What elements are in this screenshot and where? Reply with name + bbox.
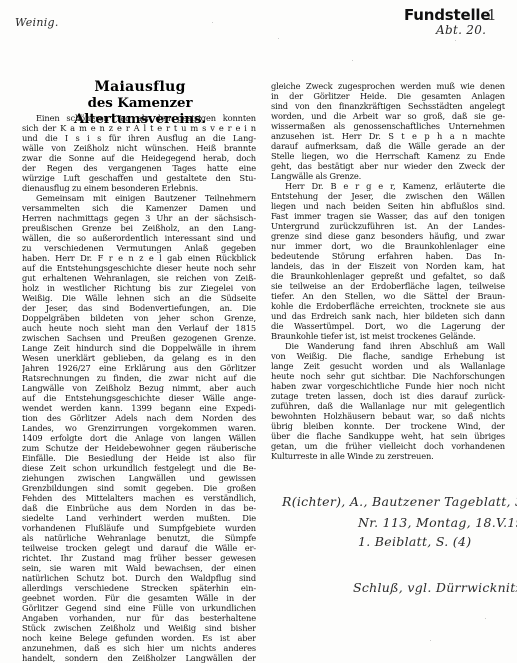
article-line: Stück zwischen Zeißholz und Weißig sind …	[22, 623, 256, 633]
article-line: gut erhaltenen Wehranlagen, sie reichen …	[22, 273, 256, 283]
citation-issue: Nr. 113, Montag, 18.V.1931	[358, 515, 517, 530]
article-line: getan, um die früher vielleicht doch vor…	[271, 441, 505, 451]
article-title: Maiausflug	[20, 79, 260, 95]
article-line: dienausflug zu einem besonderen Erlebnis…	[22, 183, 256, 193]
article-line: Entstehung der Jeser, die zwischen den W…	[271, 191, 505, 201]
article-line: landeis, das in der Eiszeit von Norden k…	[271, 261, 505, 271]
article-line: handelt, sondern den Zeißholzer Langwäll…	[22, 653, 256, 663]
article-line: Herren nachmittags gegen 3 Uhr an der sä…	[22, 213, 256, 223]
article-line: versammelten sich die Kamenzer Damen und	[22, 203, 256, 213]
article-line: 1409 erfolgte dort die Anlage von langen…	[22, 433, 256, 443]
article-line: liegen und nach beiden Seiten hin abfluß…	[271, 201, 505, 211]
article-line: zwischen Sachsen und Preußen gezogenen G…	[22, 333, 256, 343]
article-line: Herr Dr. B e r g e r, Kamenz, erläuterte…	[271, 181, 505, 191]
article-line: Weißig. Die Wälle lehnen sich an die Süd…	[22, 293, 256, 303]
article-line: nur immer dort, wo die Braunkohlenlager …	[271, 241, 505, 251]
article-line: auf die Entstehungsgeschichte dieser Wäl…	[22, 393, 256, 403]
article-line: daß die Einbrüche aus dem Norden in das …	[22, 503, 256, 513]
article-line: richtet. Ihr Zustand mag früher besser g…	[22, 553, 256, 563]
article-line: Stelle liegen, wo die Herrschaft Kamenz …	[271, 151, 505, 161]
article-line: gleiche Zweck zugesprochen werden muß wi…	[271, 81, 505, 91]
article-line: und das Erdreich sank nach, hier bildete…	[271, 311, 505, 321]
article-line: der Jeser, das sind Bodenvertiefungen, a…	[22, 303, 256, 313]
article-line: die Wassertümpel. Dort, wo die Lagerung …	[271, 321, 505, 331]
article-line: zuführen, daß die Wallanlage nur mit gel…	[271, 401, 505, 411]
article-line: vorhandenen Flußläufe und Sumpfgebiete w…	[22, 523, 256, 533]
article-line: zum Schutze der Heidebewohner gegen räub…	[22, 443, 256, 453]
article-line: noch keine Belege gefunden worden. Es is…	[22, 633, 256, 643]
article-line: tiefer. An den Stellen, wo die Sättel de…	[271, 291, 505, 301]
article-line: teilweise trocken gelegt und darauf die …	[22, 543, 256, 553]
article-line: wissermaßen als genossenschaftliches Unt…	[271, 121, 505, 131]
article-line: Jahren 1926/27 eine Erklärung aus den Gö…	[22, 363, 256, 373]
article-line: zwar die Sonne auf die Heidegegend herab…	[22, 153, 256, 163]
handwritten-location-note: Weinig.	[15, 16, 59, 29]
fundstelle-number: 1	[487, 6, 497, 24]
article-line: geebnet worden. Für die gesamten Wälle i…	[22, 593, 256, 603]
article-line: Braunkohle tiefer ist, ist meist trocken…	[271, 331, 505, 341]
article-line: übrig bleiben konnte. Der trockene Wind,…	[271, 421, 505, 431]
article-line: haben. Herr Dr. F r e n z e l gab einen …	[22, 253, 256, 263]
article-line: und die I s i s für ihren Ausflug an die…	[22, 133, 256, 143]
article-line: über die flache Sandkuppe weht, hat sein…	[271, 431, 505, 441]
scanned-document-page: Weinig. Fundstelle 1 Abt. 20. Maiausflug…	[0, 0, 517, 663]
article-line: von Weißig. Die flache, sandige Erhebung…	[271, 351, 505, 361]
article-line: darauf aufmerksam, daß die Wälle gerade …	[271, 141, 505, 151]
article-line: Fehden des Mittelalters machen es verstä…	[22, 493, 256, 503]
article-line: zutage treten lassen, doch ist dies dara…	[271, 391, 505, 401]
article-line: der Regen des vergangenen Tages hatte ei…	[22, 163, 256, 173]
fundstelle-department: Abt. 20.	[436, 23, 486, 37]
citation-source: R(ichter), A., Bautzener Tageblatt, 34. …	[282, 494, 517, 509]
article-line: siedelte Land verhindert werden mußten. …	[22, 513, 256, 523]
citation-supplement: 1. Beiblatt, S. (4)	[358, 534, 471, 549]
fundstelle-stamp: Fundstelle	[404, 6, 490, 24]
article-line: Untergrund zurückzuführen ist. An der La…	[271, 221, 505, 231]
article-line: lange Zeit gesucht worden und als Wallan…	[271, 361, 505, 371]
article-line: holz in westlicher Richtung bis zur Zieg…	[22, 283, 256, 293]
citation-note: Schluß, vgl. Dürrwicknitz	[353, 580, 517, 595]
article-line: zu verschiedenen Vermutungen Anlaß gegeb…	[22, 243, 256, 253]
article-line: sie teilweise an der Erdoberfläche lagen…	[271, 281, 505, 291]
article-line: kohle die Erdoberfläche erreichten, troc…	[271, 301, 505, 311]
article-line: Langwälle als Grenze.	[271, 171, 505, 181]
article-line: geht, das bestätigt aber nur wieder den …	[271, 161, 505, 171]
article-line: sind von den finanzkräftigen Sechsstädte…	[271, 101, 505, 111]
article-line: worden, und die Arbeit war so groß, daß …	[271, 111, 505, 121]
article-column-right: gleiche Zweck zugesprochen werden muß wi…	[271, 81, 505, 461]
article-line: anzunehmen, daß es sich hier um nichts a…	[22, 643, 256, 653]
article-line: haben zwar vorgeschichtliche Funde hier …	[271, 381, 505, 391]
article-line: würzige Luft geschaffen und gestaltete d…	[22, 173, 256, 183]
article-line: grenze sind diese ganz besonders häufig,…	[271, 231, 505, 241]
article-line: sich der K a m e n z e r A l t e r t u m…	[22, 123, 256, 133]
article-line: Doppelgräben bildeten von jeher schon Gr…	[22, 313, 256, 323]
article-line: Gemeinsam mit einigen Bautzener Teilnehm…	[22, 193, 256, 203]
article-line: Fast immer tragen sie Wasser, das auf de…	[271, 211, 505, 221]
article-line: die Braunkohlenlager gepreßt und gefalte…	[271, 271, 505, 281]
article-line: Wesen unerklärt geblieben, da gelang es …	[22, 353, 256, 363]
article-line: anzusehen ist. Herr Dr. S t e p h a n ma…	[271, 131, 505, 141]
article-line: wendet werden kann. 1399 begann eine Exp…	[22, 403, 256, 413]
article-line: diese Zeit schon urkundlich festgelegt u…	[22, 463, 256, 473]
article-line: preußischen Grenze bei Zeißholz, an den …	[22, 223, 256, 233]
article-line: ziehungen zwischen Langwällen und gewiss…	[22, 473, 256, 483]
article-line: Einfälle. Die Besiedlung der Heide ist a…	[22, 453, 256, 463]
article-line: Kulturreste in alle Winde zu zerstreuen.	[271, 451, 505, 461]
article-line: sein, sie waren mit Wald bewachsen, der …	[22, 563, 256, 573]
article-line: Angaben vorhanden, nur für das besterhal…	[22, 613, 256, 623]
article-line: Die Wanderung fand ihren Abschluß am Wal…	[271, 341, 505, 351]
article-line: wällen, die so außerordentlich interessa…	[22, 233, 256, 243]
article-line: in der Görlitzer Heide. Die gesamten Anl…	[271, 91, 505, 101]
article-line: Grenzbildungen sind somit gegeben. Die g…	[22, 483, 256, 493]
article-column-left: Einen schöneren Tag als den gestrigen ko…	[22, 113, 256, 663]
article-line: Ratsrechnungen zu finden, die zwar nicht…	[22, 373, 256, 383]
article-line: Langwälle von Zeißholz Bezug nimmt, aber…	[22, 383, 256, 393]
article-line: natürlichen Schutz bot. Durch den Waldpf…	[22, 573, 256, 583]
article-line: bewohnten Holzhäusern bebaut war, so daß…	[271, 411, 505, 421]
article-line: wälle von Zeißholz nicht wünschen. Heiß …	[22, 143, 256, 153]
article-line: Lange Zeit hindurch sind die Doppelwälle…	[22, 343, 256, 353]
article-line: Landes, wo Grenzirrungen vorgekommen war…	[22, 423, 256, 433]
article-line: Einen schöneren Tag als den gestrigen ko…	[22, 113, 256, 123]
article-line: heute noch sehr gut sichtbar. Die Nachfo…	[271, 371, 505, 381]
article-line: auf die Entstehungsgeschichte dieser heu…	[22, 263, 256, 273]
article-line: bedeutende Störung erfahren haben. Das I…	[271, 251, 505, 261]
article-line: Görlitzer Gegend sind eine Fülle von urk…	[22, 603, 256, 613]
article-line: auch heute noch sieht man den Verlauf de…	[22, 323, 256, 333]
article-line: allerdings verschiedene Strecken späterh…	[22, 583, 256, 593]
article-line: als natürliche Wehranlage benutzt, die S…	[22, 533, 256, 543]
article-line: tion des Görlitzer Adels nach dem Norden…	[22, 413, 256, 423]
